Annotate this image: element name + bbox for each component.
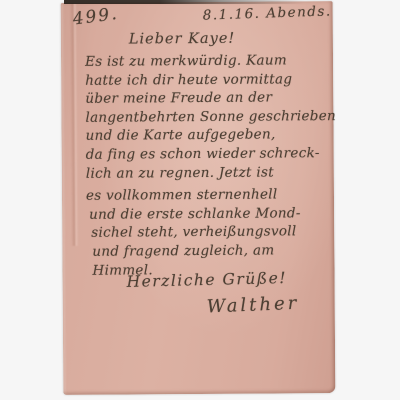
body-text: Es ist zu merkwürdig. Kaum hatte ich dir… <box>85 51 331 280</box>
body-line: Es ist zu merkwürdig. Kaum <box>85 51 329 71</box>
salutation: Lieber Kaye! <box>129 31 235 48</box>
body-line: da fing es schon wieder schreck- <box>86 144 330 164</box>
body-line: sichel steht, verheißungsvoll <box>86 222 330 242</box>
paper-crease <box>70 3 79 246</box>
body-line: über meine Freude an der <box>85 88 329 108</box>
postcard-scan: 499. 8.1.16. Abends. Lieber Kaye! Es ist… <box>0 0 400 400</box>
body-line: und fragend zugleich, am <box>86 241 330 261</box>
postcard-paper: 499. 8.1.16. Abends. Lieber Kaye! Es ist… <box>61 1 336 395</box>
body-line: hatte ich dir heute vormittag <box>85 70 329 90</box>
scan-edge-shadow <box>64 0 304 4</box>
body-line: und die erste schlanke Mond- <box>86 204 330 224</box>
closing: Herzliche Grüße! <box>126 269 287 291</box>
body-line: langentbehrten Sonne geschrieben <box>85 107 329 127</box>
signature: Walther <box>206 293 299 318</box>
body-line: und die Karte aufgegeben, <box>86 125 330 145</box>
body-line: es vollkommen sternenhell <box>86 185 330 205</box>
body-line: lich an zu regnen. Jetzt ist <box>86 163 330 183</box>
card-number: 499. <box>72 4 120 30</box>
card-date: 8.1.16. Abends. <box>202 3 331 23</box>
